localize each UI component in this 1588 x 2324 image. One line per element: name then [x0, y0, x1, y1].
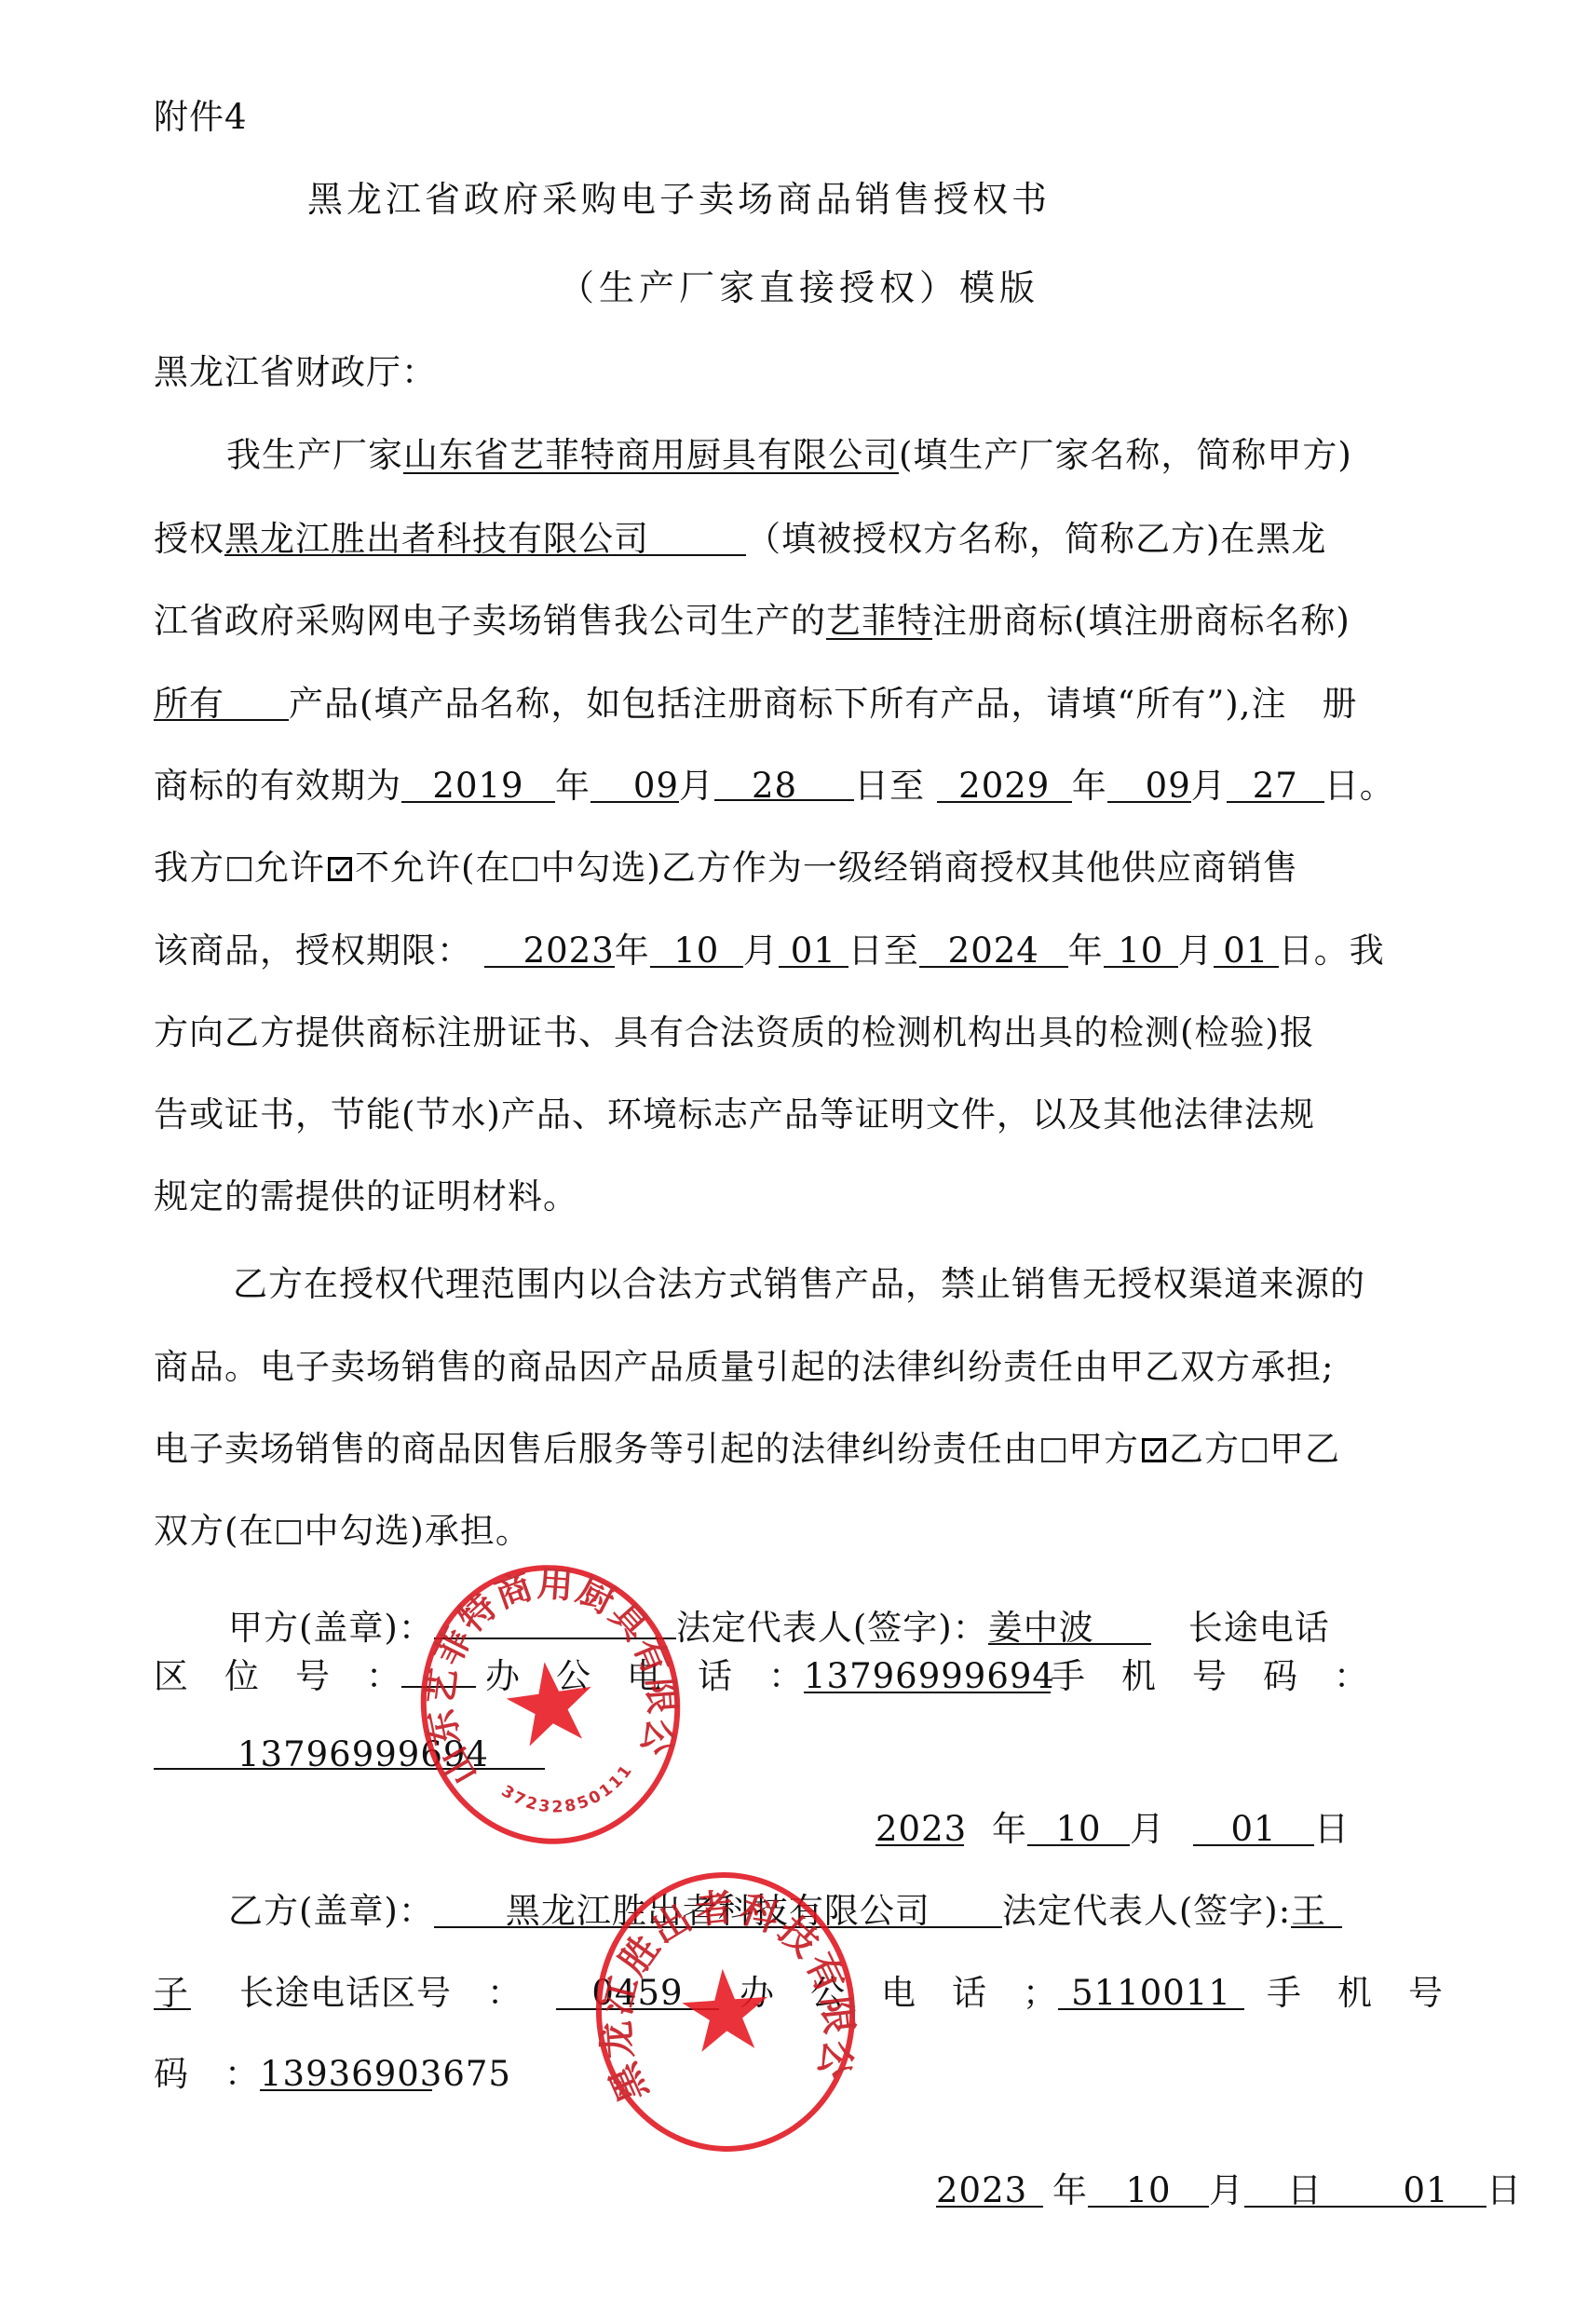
disallow-checkbox[interactable]	[328, 857, 352, 881]
auth-end-year: 2024	[919, 929, 1068, 968]
para1-line3: 江省政府采购网电子卖场销售我公司生产的艺菲特注册商标(填注册商标名称)	[154, 599, 1350, 644]
tm-start-month: 09	[590, 764, 679, 803]
para1-line8: 方向乙方提供商标注册证书、具有合法资质的检测机构出具的检测(检验)报	[154, 1011, 1315, 1055]
party-b-long-distance-label: 长途电话区号 ：	[239, 1973, 523, 2013]
party-a-long-distance-label: 长途电话	[1188, 1608, 1330, 1648]
product-scope: 所有	[154, 682, 289, 721]
authorization-period-line: 该商品，授权期限： 2023年10月01日至2024年10月01日。我	[154, 929, 1385, 973]
party-b-date-day: 01	[1365, 2168, 1486, 2208]
addressee: 黑龙江省财政厅：	[154, 350, 437, 395]
party-b-mobile-label: 手 机 号	[1267, 1973, 1444, 2013]
text: 月	[743, 931, 779, 971]
text: 月	[1178, 931, 1214, 971]
text: 日	[1314, 1809, 1350, 1849]
text: （填被授权方名称，简称乙方)在黑龙	[746, 519, 1326, 559]
party-a-phone-line: 区 位 号 ：办 公 电 话 ：13796999694手 机 号 码 ：	[154, 1649, 1369, 1699]
party-a-date-year: 2023	[875, 1807, 964, 1846]
party-a-date-line: 2023年10月01日	[875, 1807, 1350, 1852]
party-a-checkbox[interactable]	[1041, 1438, 1065, 1462]
after-sales-responsibility-line: 电子卖场销售的商品因售后服务等引起的法律纠纷责任由甲方乙方甲乙	[154, 1427, 1340, 1472]
party-b-mobile-label-cont: 码 ：	[154, 2054, 260, 2094]
party-b-rep-name-1: 王	[1291, 1889, 1342, 1928]
text: 江省政府采购网电子卖场销售我公司生产的	[154, 601, 826, 641]
para1-line9: 告或证书，节能(节水)产品、环境标志产品等证明文件，以及其他法律法规	[154, 1093, 1315, 1137]
text: 我方	[154, 848, 224, 888]
party-a-seal-label: 甲方(盖章)：	[228, 1608, 434, 1648]
party-a-rep-label: 法定代表人(签字)：	[676, 1608, 988, 1648]
auth-start-day: 01	[779, 929, 848, 968]
para2-line2: 商品。电子卖场销售的商品因产品质量引起的法律纠纷责任由甲乙双方承担;	[154, 1345, 1334, 1390]
text: 日至	[854, 766, 925, 806]
tm-end-year: 2029	[937, 764, 1072, 803]
text: 商标的有效期为	[154, 766, 401, 806]
checkbox-hint-icon	[513, 857, 537, 881]
both-parties-label: 甲乙	[1269, 1429, 1340, 1469]
party-b-office-phone: 5110011	[1058, 1971, 1244, 2010]
text: 年	[1072, 766, 1107, 806]
party-a-mobile-line: 13796999694	[154, 1733, 545, 1777]
auth-start-month: 10	[650, 929, 743, 968]
party-a-rep-name: 姜中波	[988, 1606, 1151, 1645]
para1-line1: 我生产厂家山东省艺菲特商用厨具有限公司(填生产厂家名称，简称甲方)	[226, 433, 1352, 478]
para1-line4: 所有产品(填产品名称，如包括注册商标下所有产品，请填“所有”),注 册	[154, 682, 1357, 727]
tm-end-month: 09	[1107, 764, 1191, 803]
party-b-date-month: 10	[1088, 2168, 1209, 2208]
allow-checkbox[interactable]	[227, 857, 251, 881]
auth-start-year: 2023	[484, 929, 615, 968]
tm-start-year: 2019	[401, 764, 555, 803]
party-a-office-label: 办 公 电 话 ：	[485, 1656, 804, 1696]
para1-line2: 授权黑龙江胜出者科技有限公司（填被授权方名称，简称乙方)在黑龙	[154, 517, 1326, 562]
sub-authorization-line: 我方允许不允许(在中勾选)乙方作为一级经销商授权其他供应商销售	[154, 846, 1298, 890]
party-a-office-phone: 13796999694	[804, 1654, 1051, 1693]
manufacturer-name: 山东省艺菲特商用厨具有限公司	[403, 435, 899, 475]
para1-line10: 规定的需提供的证明材料。	[154, 1175, 578, 1219]
tm-start-day: 28	[714, 764, 854, 801]
para2-line1: 乙方在授权代理范围内以合法方式销售产品，禁止销售无授权渠道来源的	[233, 1262, 1365, 1307]
authorized-party-name: 黑龙江胜出者科技有限公司	[224, 517, 746, 556]
party-b-mobile: 13936903675	[260, 2052, 432, 2091]
party-a-area-label: 区 位 号 ：	[154, 1656, 401, 1696]
party-a-area-code	[401, 1649, 476, 1688]
party-b-date-day: 日	[1244, 2168, 1365, 2208]
trademark-name: 艺菲特	[826, 601, 932, 641]
text: 年	[1052, 2170, 1088, 2210]
party-b-rep-name-2: 子	[154, 1971, 191, 2010]
party-b-label: 乙方	[1169, 1429, 1240, 1469]
text: 月	[1191, 766, 1227, 806]
attachment-label: 附件4	[154, 95, 248, 140]
text: 月	[1209, 2170, 1244, 2210]
party-b-date-year: 2023	[936, 2168, 1043, 2208]
both-parties-checkbox[interactable]	[1242, 1438, 1267, 1462]
text: 日。我	[1279, 931, 1385, 971]
text: 电子卖场销售的商品因售后服务等引起的法律纠纷责任由	[154, 1429, 1038, 1469]
party-b-office-label: 办 公 电 话 ；	[740, 1973, 1058, 2013]
text: 日。	[1324, 766, 1395, 806]
party-a-mobile: 13796999694	[154, 1733, 545, 1770]
text: 月	[1130, 1809, 1165, 1849]
text: 年	[615, 931, 650, 971]
party-a-label: 甲方	[1068, 1429, 1139, 1469]
text: 年	[1068, 931, 1104, 971]
party-a-date-month: 10	[1027, 1807, 1130, 1846]
text: (填生产厂家名称，简称甲方)	[899, 435, 1352, 475]
document-title: 黑龙江省政府采购电子卖场商品销售授权书	[307, 177, 1051, 222]
party-a-mobile-label: 手 机 号 码 ：	[1051, 1656, 1369, 1696]
trademark-validity-line: 商标的有效期为2019年09月28日至 2029年09月27日。	[154, 764, 1395, 809]
text: 我生产厂家	[226, 435, 403, 475]
party-b-seal-label: 乙方(盖章)：	[228, 1891, 434, 1931]
party-b-company: 黑龙江胜出者科技有限公司	[434, 1889, 1002, 1928]
party-b-rep-label: 法定代表人(签字):	[1002, 1891, 1291, 1931]
party-b-area-code: 0459	[556, 1971, 719, 2010]
text: 产品(填产品名称，如包括注册商标下所有产品，请填“所有”),注 册	[289, 684, 1357, 724]
text: 日	[1486, 2170, 1522, 2210]
auth-end-month: 10	[1104, 929, 1178, 968]
party-a-date-day: 01	[1193, 1807, 1314, 1846]
auth-end-day: 01	[1214, 929, 1279, 968]
party-b-mobile-line: 码 ：13936903675	[154, 2052, 432, 2097]
para2-line4: 双方(在中勾选)承担。	[154, 1509, 531, 1554]
text: 双方(在	[154, 1511, 274, 1551]
text: (在	[461, 848, 510, 888]
text: 月	[679, 766, 714, 806]
disallow-label: 不允许	[355, 848, 461, 888]
text: 该商品，授权期限：	[154, 931, 472, 971]
text: 年	[992, 1809, 1027, 1849]
party-b-date-line: 2023年10月日01日	[936, 2168, 1522, 2213]
party-b-checkbox[interactable]	[1142, 1438, 1166, 1462]
party-b-phone-line: 子长途电话区号 ：0459办 公 电 话 ；5110011手 机 号	[154, 1971, 1444, 2016]
text: 注册商标(填注册商标名称)	[932, 601, 1350, 641]
party-b-rep-line: 乙方(盖章)：黑龙江胜出者科技有限公司法定代表人(签字):王	[228, 1889, 1342, 1934]
text: 日至	[848, 931, 919, 971]
text: 中勾选)乙方作为一级经销商授权其他供应商销售	[540, 848, 1297, 888]
party-a-company-seal: 山东艺菲特商用厨具有限公司 3723285011136 ★	[402, 1548, 698, 1861]
party-a-rep-line: 甲方(盖章)：法定代表人(签字)：姜中波长途电话	[228, 1600, 1330, 1651]
text: 年	[555, 766, 590, 806]
tm-end-day: 27	[1227, 764, 1324, 803]
text: 中勾选)承担。	[304, 1511, 530, 1551]
text: 授权	[154, 519, 224, 559]
checkbox-hint-icon	[277, 1520, 301, 1544]
allow-label: 允许	[254, 848, 325, 888]
party-a-seal-field	[434, 1600, 676, 1639]
document-subtitle: （生产厂家直接授权）模版	[559, 265, 1039, 310]
